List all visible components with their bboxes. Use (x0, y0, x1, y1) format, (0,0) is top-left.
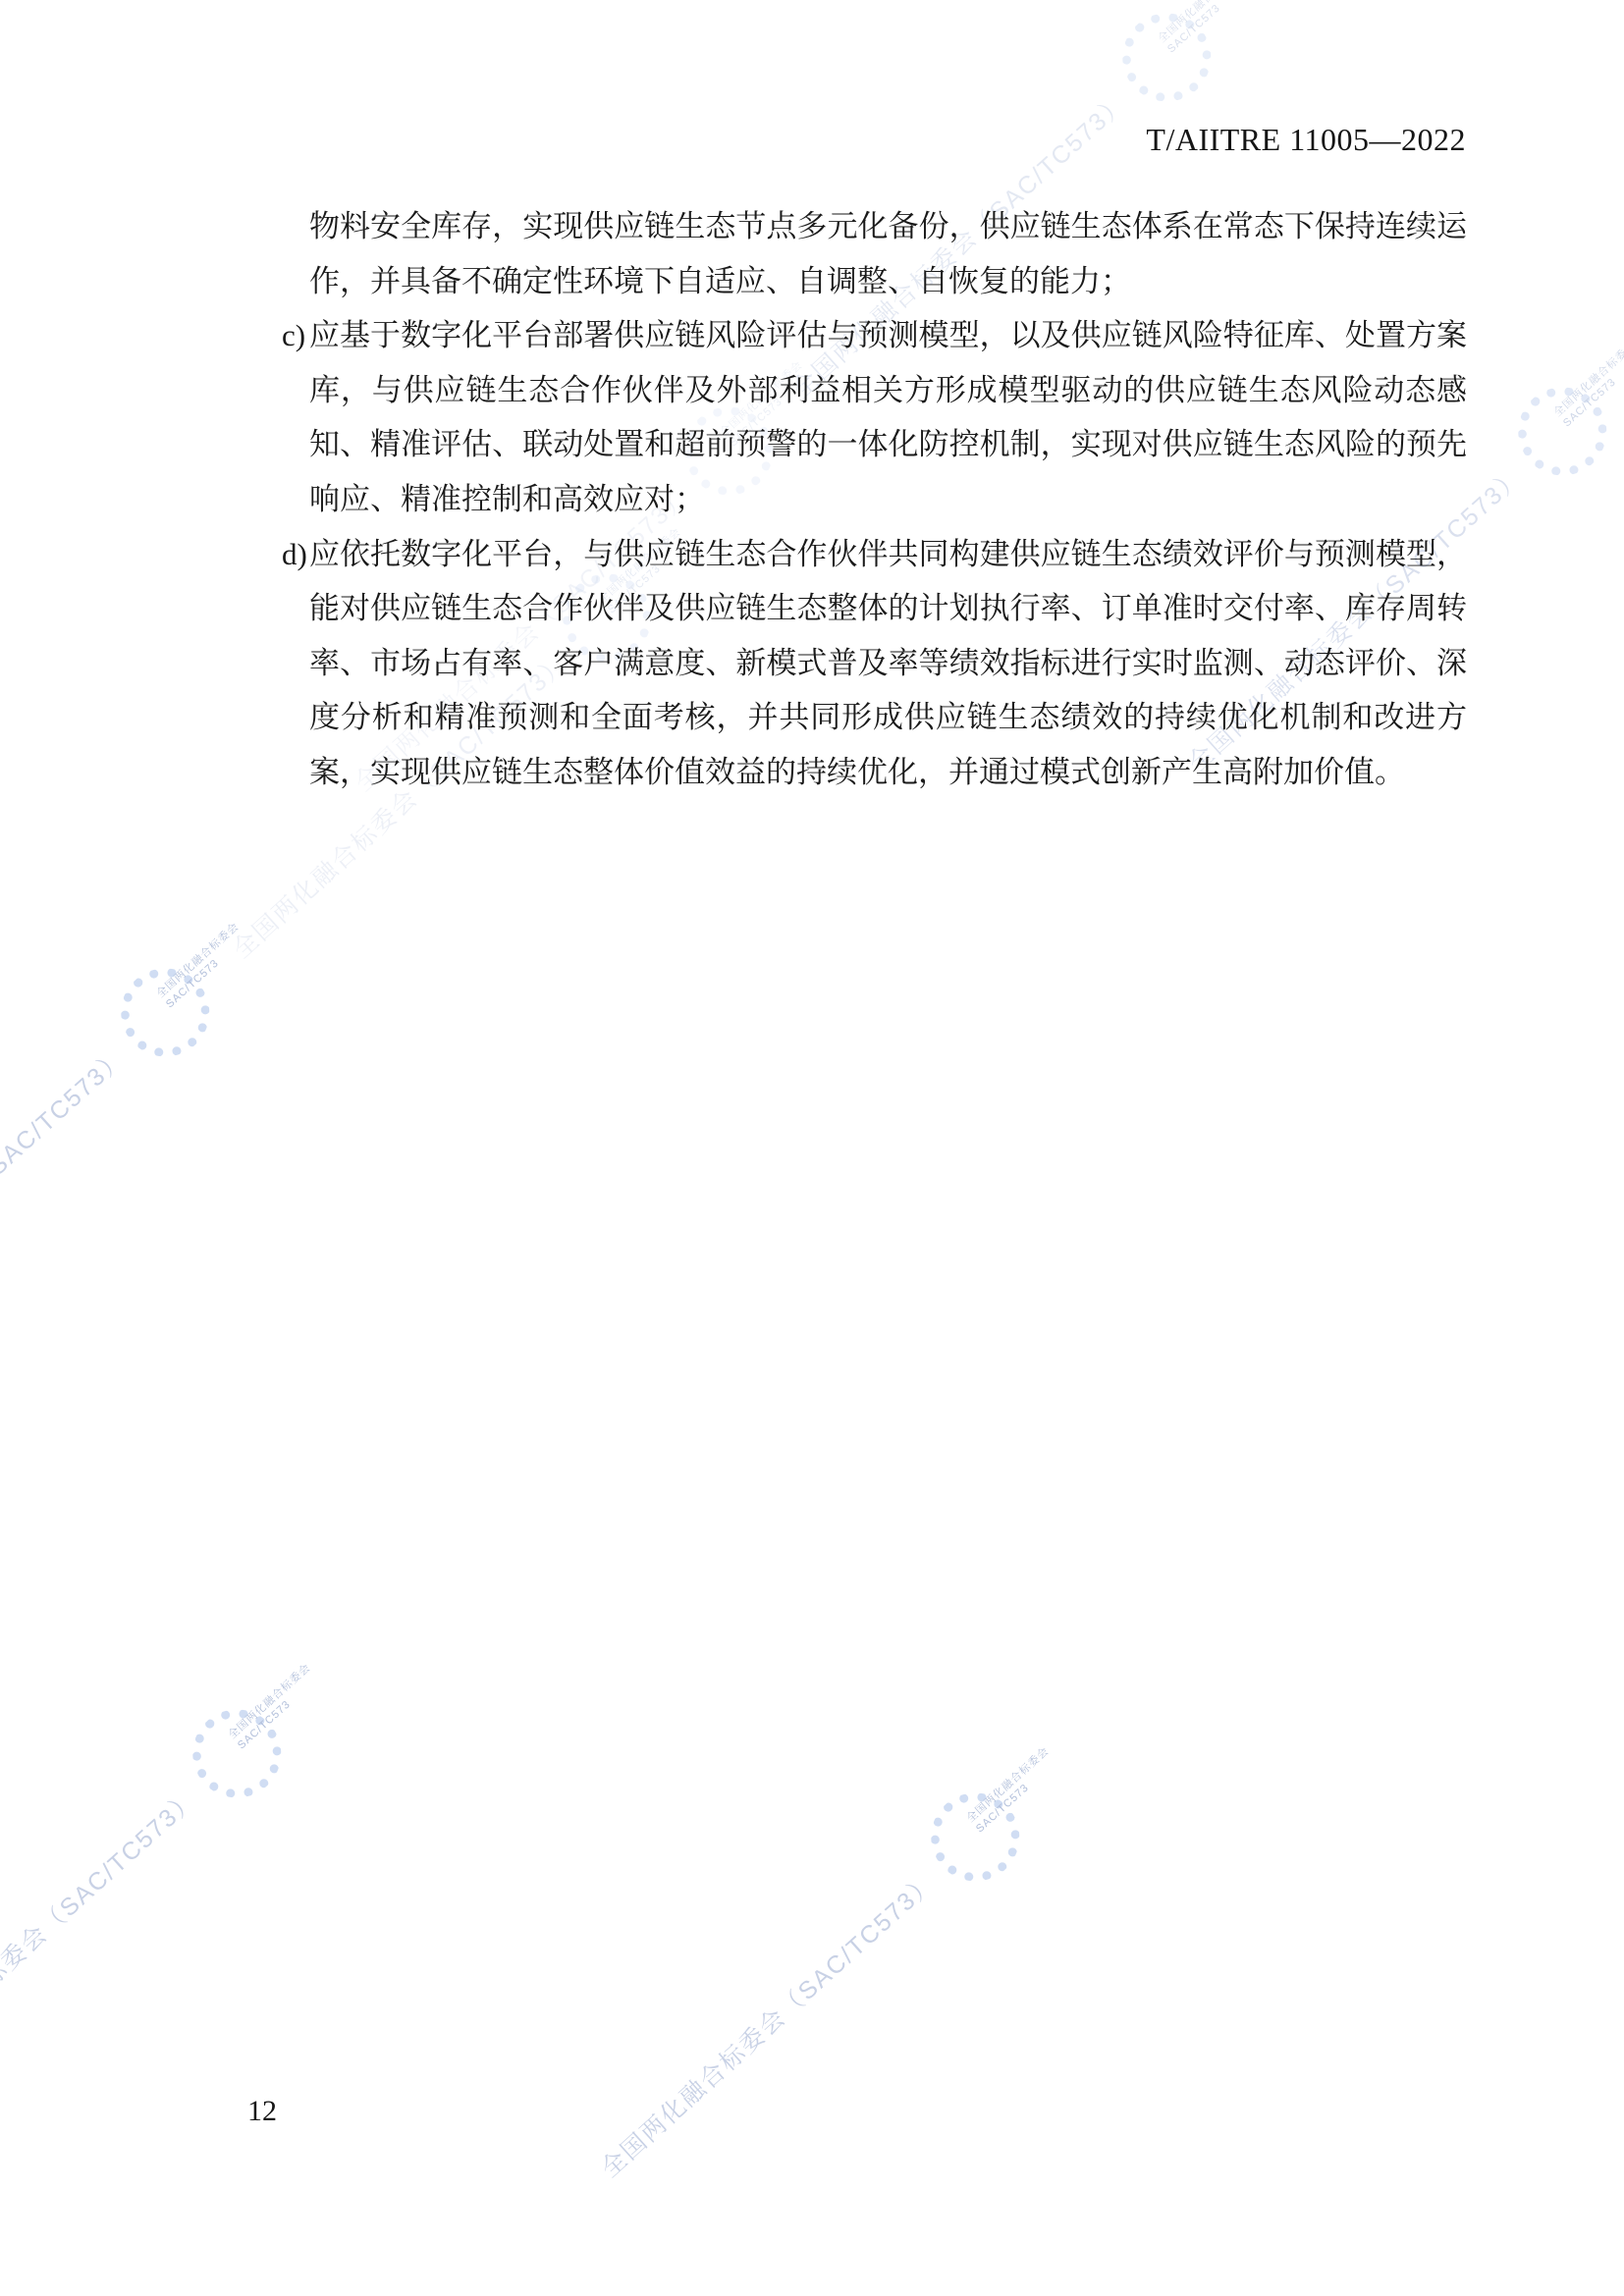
watermark: 全国两化融合标委会（SAC/TC573） 全国两化融合标委会 SAC/TC573 (0, 1691, 299, 2121)
committee-seal-label: 全国两化融合标委会 SAC/TC573 (154, 920, 251, 1011)
committee-seal-label: 全国两化融合标委会 SAC/TC573 (226, 1661, 323, 1752)
body-text: 物料安全库存，实现供应链生态节点多元化备份，供应链生态体系在常态下保持连续运作，… (282, 199, 1467, 800)
document-page: 全国两化融合标委会（SAC/TC573） 全国两化融合标委会 SAC/TC573… (0, 0, 1624, 2296)
watermark: 全国两化融合标委会（SAC/TC573） 全国两化融合标委会 SAC/TC573 (574, 1775, 1038, 2205)
committee-seal-label: 全国两化融合标委会 SAC/TC573 (1156, 0, 1253, 56)
watermark-text: 全国两化融合标委会（SAC/TC573） (0, 1040, 133, 1361)
standard-number-header: T/AIITRE 11005—2022 (196, 122, 1466, 158)
committee-seal-icon: 全国两化融合标委会 SAC/TC573 (175, 1691, 299, 1816)
paragraph-text: 物料安全库存，实现供应链生态节点多元化备份，供应链生态体系在常态下保持连续运作，… (309, 209, 1467, 298)
paragraph-text: 应依托数字化平台，与供应链生态合作伙伴共同构建供应链生态绩效评价与预测模型，能对… (309, 537, 1467, 789)
committee-seal-label: 全国两化融合标委会 SAC/TC573 (964, 1744, 1061, 1836)
committee-seal-icon: 全国两化融合标委会 SAC/TC573 (1105, 0, 1229, 120)
watermark: 全国两化融合标委会（SAC/TC573） 全国两化融合标委会 SAC/TC573 (0, 950, 228, 1380)
committee-seal-icon: 全国两化融合标委会 SAC/TC573 (913, 1775, 1038, 1899)
committee-seal-label: 全国两化融合标委会 SAC/TC573 (1551, 339, 1624, 430)
watermark-text: 全国两化融合标委会（SAC/TC573） (592, 1864, 943, 2185)
list-item-label: c) (282, 308, 305, 363)
paragraph-text: 应基于数字化平台部署供应链风险评估与预测模型，以及供应链风险特征库、处置方案库，… (309, 318, 1467, 516)
list-item-d: d) 应依托数字化平台，与供应链生态合作伙伴共同构建供应链生态绩效评价与预测模型… (282, 527, 1467, 800)
paragraph-continuation: 物料安全库存，实现供应链生态节点多元化备份，供应链生态体系在常态下保持连续运作，… (282, 199, 1467, 308)
list-item-label: d) (282, 527, 307, 582)
committee-seal-icon: 全国两化融合标委会 SAC/TC573 (1500, 369, 1624, 494)
page-number: 12 (247, 2095, 277, 2128)
watermark-text: 全国两化融合标委会（SAC/TC573） (0, 1781, 204, 2102)
committee-seal-icon: 全国两化融合标委会 SAC/TC573 (103, 950, 228, 1075)
list-item-c: c) 应基于数字化平台部署供应链风险评估与预测模型，以及供应链风险特征库、处置方… (282, 308, 1467, 526)
